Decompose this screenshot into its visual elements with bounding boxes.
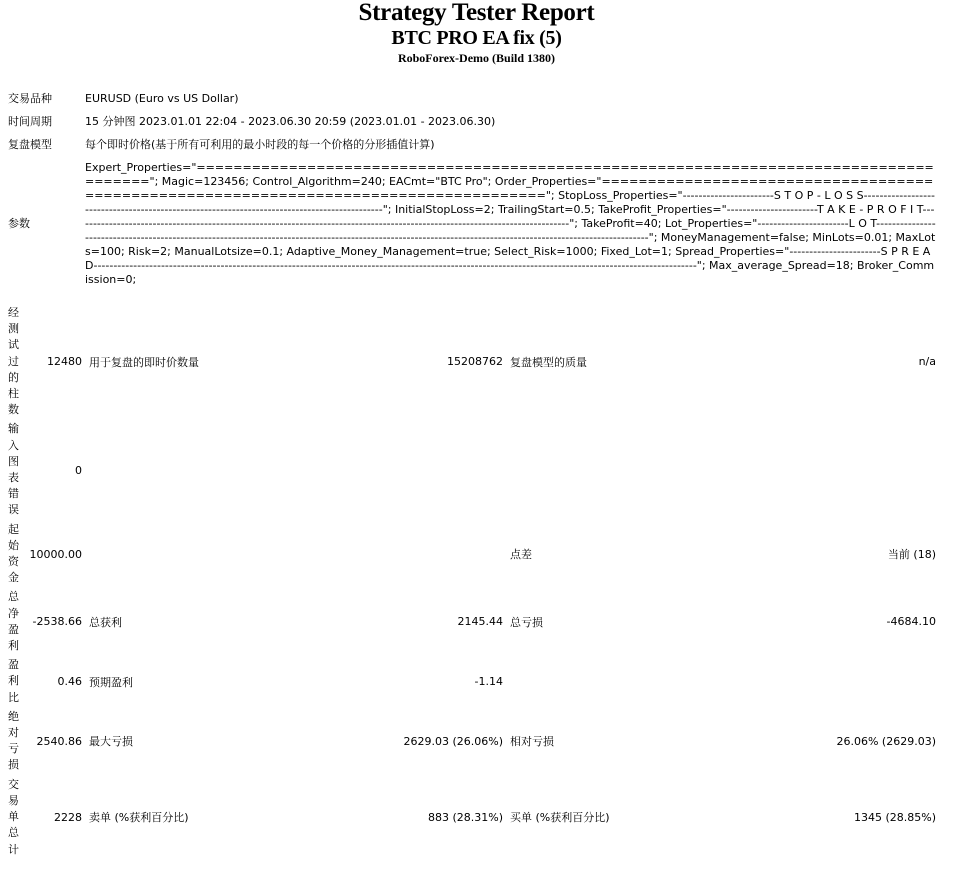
parameters-value: Expert_Properties="=====================… [85,161,936,287]
stat-value: 12480 [22,305,89,418]
server-build: RoboForex-Demo (Build 1380) [0,50,953,66]
stat-value: 0.46 [22,657,89,706]
info-row-model: 复盘模型 每个即时价格(基于所有可利用的最小时段的每一个价格的分形插值计算) [8,138,936,161]
info-row-symbol: 交易品种 EURUSD (Euro vs US Dollar) [8,92,936,115]
stats-row: 输入图表错误 0 [8,421,936,518]
report-header: Strategy Tester Report BTC PRO EA fix (5… [0,0,953,66]
stat-value: 2228 [22,777,89,858]
stat-label-3: 相对亏损 [510,709,670,774]
stat-label-2 [89,421,249,518]
info-row-period: 时间周期 15 分钟图 2023.01.01 22:04 - 2023.06.3… [8,115,936,138]
parameters-label: 参数 [8,161,85,287]
period-label: 时间周期 [8,115,85,138]
stat-value: 2540.86 [22,709,89,774]
info-row-parameters: 参数 Expert_Properties="==================… [8,161,936,287]
stat-value-2 [249,522,510,587]
stat-label: 盈利比 [8,657,22,706]
stat-value: -2538.66 [22,589,89,654]
stats-row: 经测试过的柱数 12480 用于复盘的即时价数量 15208762 复盘模型的质… [8,305,936,418]
stat-value-2: -1.14 [249,657,510,706]
stat-label: 交易单总计 [8,777,22,858]
stat-label-2: 预期盈利 [89,657,249,706]
stat-label: 起始资金 [8,522,22,587]
stat-label-2: 最大亏损 [89,709,249,774]
results-table: 经测试过的柱数 12480 用于复盘的即时价数量 15208762 复盘模型的质… [8,302,936,861]
stat-label: 总净盈利 [8,589,22,654]
stat-value-3: 1345 (28.85%) [670,777,936,858]
stat-label-3: 买单 (%获利百分比) [510,777,670,858]
stat-value-2: 2629.03 (26.06%) [249,709,510,774]
stat-label: 经测试过的柱数 [8,305,22,418]
stat-value-3: n/a [670,305,936,418]
stats-row: 盈利比 0.46 预期盈利 -1.14 [8,657,936,706]
model-label: 复盘模型 [8,138,85,161]
stat-label-2 [89,522,249,587]
stats-row: 总净盈利 -2538.66 总获利 2145.44 总亏损 -4684.10 [8,589,936,654]
symbol-label: 交易品种 [8,92,85,115]
stat-value-3 [670,421,936,518]
stat-label-3: 总亏损 [510,589,670,654]
stat-value-2: 15208762 [249,305,510,418]
stat-value-3: 26.06% (2629.03) [670,709,936,774]
stat-label-3: 点差 [510,522,670,587]
stat-value-3: -4684.10 [670,589,936,654]
settings-table: 交易品种 EURUSD (Euro vs US Dollar) 时间周期 15 … [8,92,936,287]
symbol-value: EURUSD (Euro vs US Dollar) [85,92,936,115]
stats-row: 起始资金 10000.00 点差 当前 (18) [8,522,936,587]
stat-label-3 [510,421,670,518]
stat-label-3 [510,657,670,706]
stat-label: 输入图表错误 [8,421,22,518]
stat-value: 10000.00 [22,522,89,587]
stats-row: 交易单总计 2228 卖单 (%获利百分比) 883 (28.31%) 买单 (… [8,777,936,858]
stat-value-2: 883 (28.31%) [249,777,510,858]
stat-value-2 [249,421,510,518]
stat-value-2: 2145.44 [249,589,510,654]
stat-label-2: 用于复盘的即时价数量 [89,305,249,418]
model-value: 每个即时价格(基于所有可利用的最小时段的每一个价格的分形插值计算) [85,138,936,161]
stat-value-3 [670,657,936,706]
stat-label-3: 复盘模型的质量 [510,305,670,418]
stat-label-2: 总获利 [89,589,249,654]
expert-name: BTC PRO EA fix (5) [0,26,953,50]
stat-label-2: 卖单 (%获利百分比) [89,777,249,858]
report-title: Strategy Tester Report [0,0,953,26]
stat-label: 绝对亏损 [8,709,22,774]
stat-value-3: 当前 (18) [670,522,936,587]
stats-row: 绝对亏损 2540.86 最大亏损 2629.03 (26.06%) 相对亏损 … [8,709,936,774]
period-value: 15 分钟图 2023.01.01 22:04 - 2023.06.30 20:… [85,115,936,138]
stat-value: 0 [22,421,89,518]
